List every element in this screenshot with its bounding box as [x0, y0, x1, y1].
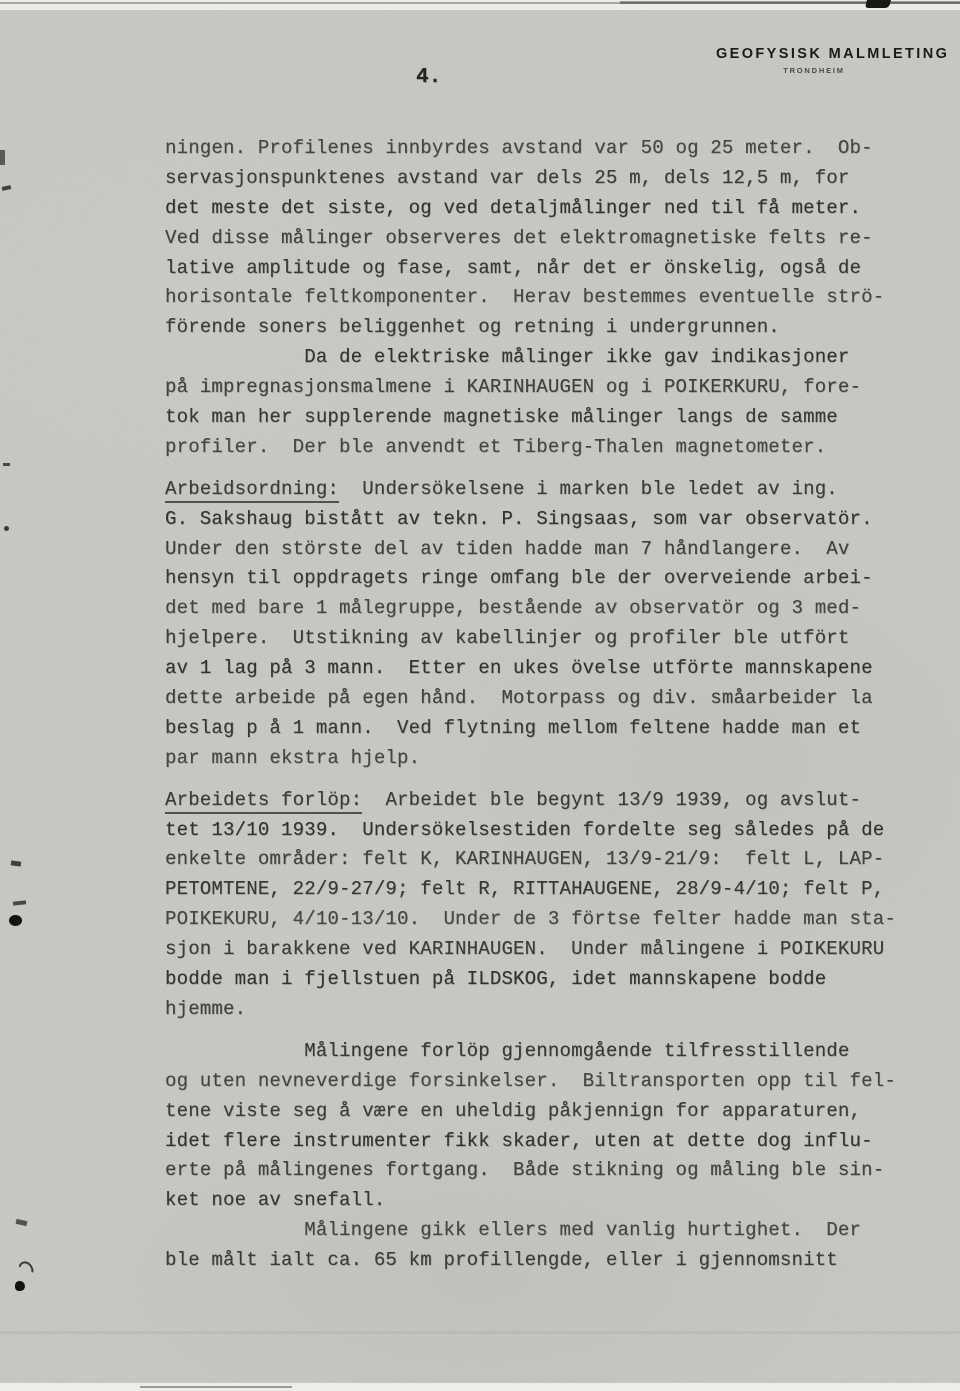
section-heading: Arbeidets forlöp:: [165, 789, 362, 814]
text-line: det meste det siste, og ved detaljmåling…: [165, 194, 905, 224]
scan-artifact-left-margin: [9, 915, 22, 926]
text-line: på impregnasjonsmalmene i KARINHAUGEN og…: [165, 373, 905, 403]
scan-artifact-left-margin: [16, 1219, 28, 1226]
text-line: hensyn til oppdragets ringe omfang ble d…: [165, 564, 905, 594]
section-heading: Arbeidsordning:: [165, 478, 339, 503]
text-line: G. Sakshaug bistått av tekn. P. Singsaas…: [165, 505, 905, 535]
scanned-document-page: GEOFYSISK MALMLETING TRONDHEIM 4. ningen…: [0, 0, 960, 1391]
text-line: erte på målingenes fortgang. Både stikni…: [165, 1156, 905, 1186]
scan-artifact-left-margin: [11, 860, 22, 866]
text-line: ket noe av snefall.: [165, 1186, 905, 1216]
text-line: profiler. Der ble anvendt et Tiberg-Thal…: [165, 433, 905, 463]
text-line: det med bare 1 målegruppe, bestående av …: [165, 594, 905, 624]
text-line: ble målt ialt ca. 65 km profillengde, el…: [165, 1246, 905, 1276]
text-line: idet flere instrumenter fikk skader, ute…: [165, 1127, 905, 1157]
text-line: par mann ekstra hjelp.: [165, 744, 905, 774]
text-line: tet 13/10 1939. Undersökelsestiden forde…: [165, 816, 905, 846]
scan-artifact-left-margin: [15, 1281, 25, 1291]
text-line: sjon i barakkene ved KARINHAUGEN. Under …: [165, 935, 905, 965]
scan-edge-top-line-right: [620, 1, 960, 4]
letterhead-organization: GEOFYSISK MALMLETING: [716, 46, 912, 62]
text-line: hjemme.: [165, 995, 905, 1025]
scan-fold-line: [0, 1331, 960, 1334]
text-line: Målingene gikk ellers med vanlig hurtigh…: [165, 1216, 905, 1246]
scan-artifact-left-margin: [3, 463, 10, 466]
text-line: Målingene forlöp gjennomgående tilfresst…: [165, 1037, 905, 1067]
scan-artifact-left-margin: [2, 185, 12, 191]
document-body: ningen. Profilenes innbyrdes avstand var…: [165, 134, 905, 1276]
text-line: og uten nevneverdige forsinkelser. Biltr…: [165, 1067, 905, 1097]
text-line: ningen. Profilenes innbyrdes avstand var…: [165, 134, 905, 164]
text-line: Arbeidsordning: Undersökelsene i marken …: [165, 475, 905, 505]
text-line: tene viste seg å være en uheldig påkjenn…: [165, 1097, 905, 1127]
text-line: lative amplitude og fase, samt, når det …: [165, 254, 905, 284]
text-line: Arbeidets forlöp: Arbeidet ble begynt 13…: [165, 786, 905, 816]
scan-edge-bottom-line: [140, 1386, 292, 1388]
text-line: horisontale feltkomponenter. Herav beste…: [165, 283, 905, 313]
text-line: Da de elektriske målinger ikke gav indik…: [165, 343, 905, 373]
scan-artifact-top-right-blob: [865, 0, 891, 8]
text-line: PETOMTENE, 22/9-27/9; felt R, RITTAHAUGE…: [165, 875, 905, 905]
scan-artifact-left-margin: [0, 150, 5, 165]
page-number: 4.: [416, 66, 441, 89]
text-line: av 1 lag på 3 mann. Etter en ukes övelse…: [165, 654, 905, 684]
text-line: servasjonspunktenes avstand var dels 25 …: [165, 164, 905, 194]
text-line: dette arbeide på egen hånd. Motorpass og…: [165, 684, 905, 714]
text-line: förende soners beliggenhet og retning i …: [165, 313, 905, 343]
text-line: tok man her supplerende magnetiske målin…: [165, 403, 905, 433]
scan-artifact-left-margin: [13, 900, 26, 905]
letterhead-city: TRONDHEIM: [716, 66, 912, 75]
text-line: bodde man i fjellstuen på ILDSKOG, idet …: [165, 965, 905, 995]
text-line: hjelpere. Utstikning av kabellinjer og p…: [165, 624, 905, 654]
text-line: Under den störste del av tiden hadde man…: [165, 535, 905, 565]
text-line: enkelte områder: felt K, KARINHAUGEN, 13…: [165, 845, 905, 875]
text-line: Ved disse målinger observeres det elektr…: [165, 224, 905, 254]
text-line: beslag p å 1 mann. Ved flytning mellom f…: [165, 714, 905, 744]
scan-artifact-left-margin: [16, 1259, 37, 1281]
text-line: POIKEKURU, 4/10-13/10. Under de 3 förtse…: [165, 905, 905, 935]
scan-artifact-left-margin: [4, 526, 9, 531]
